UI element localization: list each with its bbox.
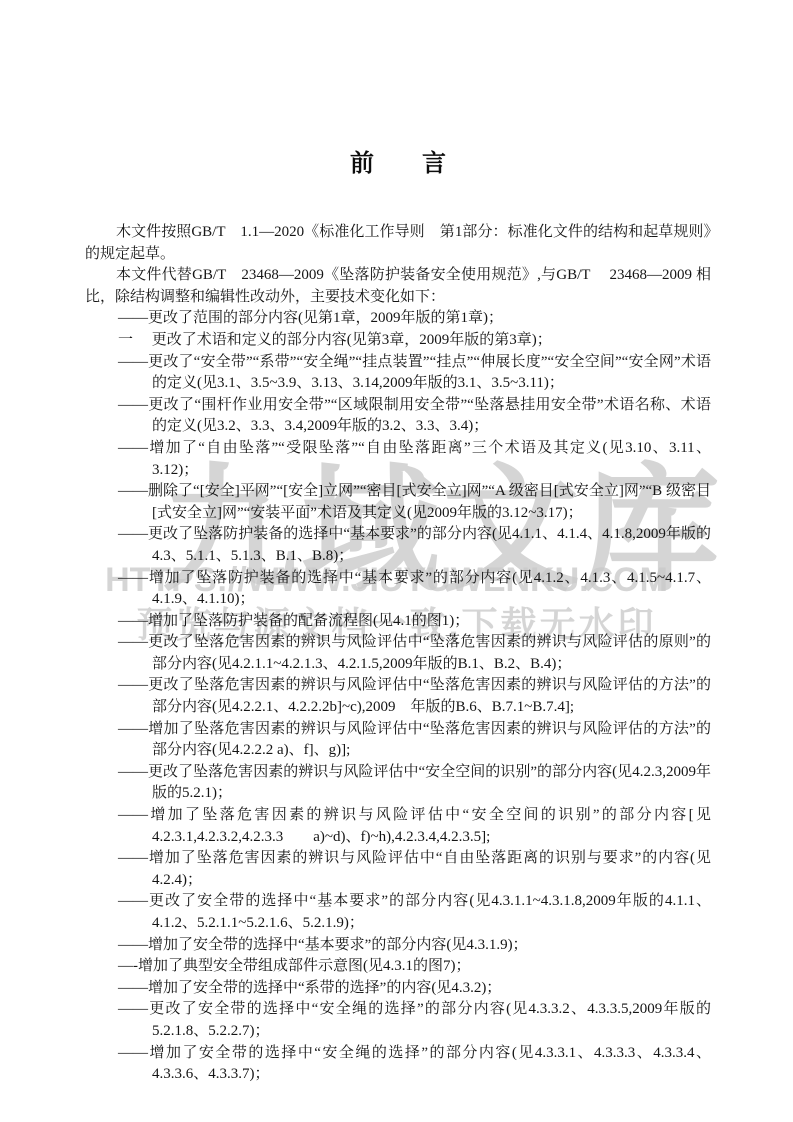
- change-list-item: ——更改了范围的部分内容(见第1章，2009年版的第1章)；: [118, 308, 711, 330]
- document-content: 前 言 木文件按照GB/T 1.1—2020《标准化工作导则 第1部分：标准化文…: [85, 150, 711, 1086]
- change-list-item: ——删除了“[安全]平网”“[安全]立网”“密目[式安全立]网”“A 级密目[式…: [118, 481, 711, 524]
- change-list-item: ——更改了坠落危害因素的辨识与风险评估中“坠落危害因素的辨识与风险评估的方法”的…: [118, 675, 711, 718]
- change-list-item: —-增加了典型安全带组成部件示意图(见4.3.1的图7)；: [118, 956, 711, 978]
- change-list: ——更改了范围的部分内容(见第1章，2009年版的第1章)； 一 更改了术语和定…: [85, 308, 711, 1085]
- intro-paragraph: 木文件按照GB/T 1.1—2020《标准化工作导则 第1部分：标准化文件的结构…: [85, 222, 711, 265]
- change-list-item: ——增加了安全带的选择中“安全绳的选择”的部分内容(见4.3.3.1、4.3.3…: [118, 1043, 711, 1086]
- change-list-item: ——增加了坠落危害因素的辨识与风险评估中“安全空间的识别”的部分内容[见4.2.…: [118, 805, 711, 848]
- change-list-item: 一 更改了术语和定义的部分内容(见第3章，2009年版的第3章)；: [118, 330, 711, 352]
- intro-paragraph: 本文件代替GB/T 23468—2009《坠落防护装备安全使用规范》,与GB/T…: [85, 265, 711, 308]
- document-body: 木文件按照GB/T 1.1—2020《标准化工作导则 第1部分：标准化文件的结构…: [85, 222, 711, 1086]
- change-list-item: ——更改了“围杆作业用安全带”“区域限制用安全带”“坠落悬挂用安全带”术语名称、…: [118, 395, 711, 438]
- change-list-item: ——更改了“安全带”“系带”“安全绳”“挂点装置”“挂点”“伸展长度”“安全空间…: [118, 352, 711, 395]
- document-page: 九域文库 HTTPS://WWW.JIUYUWENKU.COM 预览与源文档一致…: [0, 0, 793, 1122]
- change-list-item: ——增加了安全带的选择中“基本要求”的部分内容(见4.3.1.9)；: [118, 935, 711, 957]
- page-title: 前 言: [85, 150, 711, 178]
- change-list-item: ——更改了坠落危害因素的辨识与风险评估中“安全空间的识别”的部分内容(见4.2.…: [118, 762, 711, 805]
- change-list-item: ——增加了坠落防护装备的选择中“基本要求”的部分内容(见4.1.2、4.1.3、…: [118, 568, 711, 611]
- change-list-item: ——增加了“自由坠落”“受限坠落”“自由坠落距离”三个术语及其定义(见3.10、…: [118, 438, 711, 481]
- change-list-item: ——增加了坠落危害因素的辨识与风险评估中“坠落危害因素的辨识与风险评估的方法”的…: [118, 719, 711, 762]
- change-list-item: ——增加了坠落防护装备的配备流程图(见4.1的图1)；: [118, 611, 711, 633]
- change-list-item: ——增加了坠落危害因素的辨识与风险评估中“自由坠落距离的识别与要求”的内容(见4…: [118, 848, 711, 891]
- change-list-item: ——更改了坠落防护装备的选择中“基本要求”的部分内容(见4.1.1、4.1.4、…: [118, 524, 711, 567]
- change-list-item: ——更改了坠落危害因素的辨识与风险评估中“坠落危害因素的辨识与风险评估的原则”的…: [118, 632, 711, 675]
- change-list-item: ——更改了安全带的选择中“安全绳的选择”的部分内容(见4.3.3.2、4.3.3…: [118, 999, 711, 1042]
- change-list-item: ——更改了安全带的选择中“基本要求”的部分内容(见4.3.1.1~4.3.1.8…: [118, 891, 711, 934]
- change-list-item: ——增加了安全带的选择中“系带的选择”的内容(见4.3.2)；: [118, 978, 711, 1000]
